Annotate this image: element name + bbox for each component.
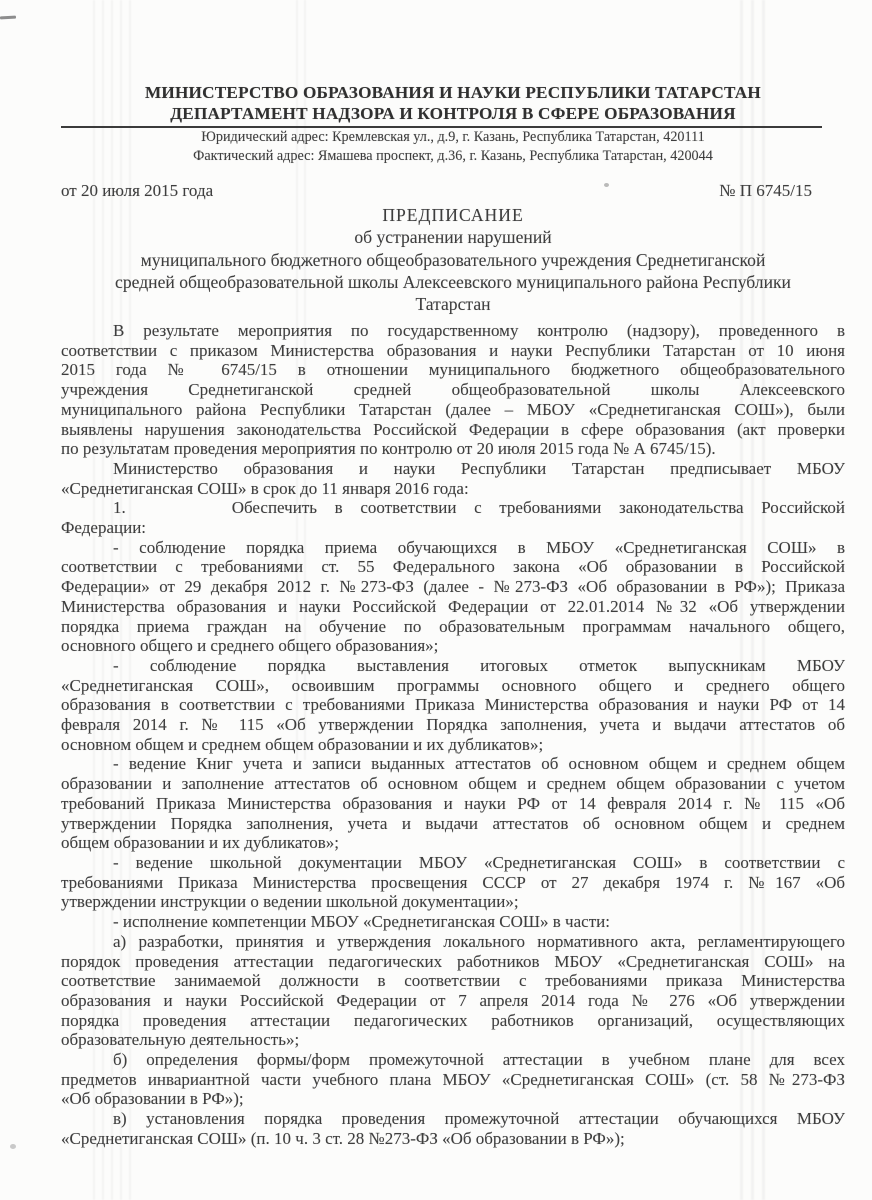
- body-line: а) разработки, принятия и утверждения ло…: [61, 932, 845, 952]
- paragraph: - ведение школьной документации МБОУ «Ср…: [61, 853, 845, 912]
- body-line: утверждении инструкции о ведении школьно…: [61, 892, 845, 912]
- body-line: порядка проведения аттестации педагогиче…: [61, 1011, 845, 1031]
- paragraph: а) разработки, принятия и утверждения ло…: [61, 932, 845, 1050]
- body-line: утверждении Порядка заполнения, учета и …: [61, 814, 845, 834]
- title-line: муниципального бюджетного общеобразовате…: [61, 249, 845, 271]
- body-line: - исполнение компетенции МБОУ «Среднетиг…: [61, 912, 845, 932]
- document-body: В результате мероприятия по государствен…: [61, 321, 845, 1149]
- paragraph: - ведение Книг учета и записи выданных а…: [61, 754, 845, 853]
- ministry-name: МИНИСТЕРСТВО ОБРАЗОВАНИЯ И НАУКИ РЕСПУБЛ…: [61, 82, 845, 103]
- paragraph: б) определения формы/форм промежуточной …: [61, 1050, 845, 1109]
- body-line: - ведение Книг учета и записи выданных а…: [61, 754, 845, 774]
- body-line: 1. Обеспечить в соответствии с требовани…: [61, 498, 845, 518]
- paragraph: 1. Обеспечить в соответствии с требовани…: [61, 498, 845, 537]
- paragraph: - соблюдение порядка приема обучающихся …: [61, 538, 845, 656]
- scan-mark-top-left: [0, 16, 16, 20]
- body-line: образования и науки Российской Федерации…: [61, 991, 845, 1011]
- body-line: - соблюдение порядка приема обучающихся …: [61, 538, 845, 558]
- title-line: ПРЕДПИСАНИЕ: [61, 204, 845, 226]
- department-name: ДЕПАРТАМЕНТ НАДЗОРА И КОНТРОЛЯ В СФЕРЕ О…: [61, 103, 845, 124]
- body-line: «Среднетиганская СОШ», освоившим програм…: [61, 676, 845, 696]
- document-content: МИНИСТЕРСТВО ОБРАЗОВАНИЯ И НАУКИ РЕСПУБЛ…: [61, 0, 845, 1200]
- body-line: образовательную деятельность»;: [61, 1030, 845, 1050]
- body-line: Федерации» от 29 декабря 2012 г. №273-ФЗ…: [61, 577, 845, 597]
- body-line: муниципального района Республики Татарст…: [61, 400, 845, 420]
- body-line: соответствии с приказом Министерства обр…: [61, 341, 845, 361]
- body-line: «Среднетиганская СОШ» (п. 10 ч. 3 ст. 28…: [61, 1129, 845, 1149]
- body-line: выявлены нарушения законодательства Росс…: [61, 420, 845, 440]
- scan-mark-bottom-left: [10, 1144, 16, 1149]
- document-title: ПРЕДПИСАНИЕоб устранении нарушениймуници…: [61, 204, 845, 315]
- document-date: от 20 июля 2015 года: [61, 181, 213, 201]
- body-line: - ведение школьной документации МБОУ «Ср…: [61, 853, 845, 873]
- title-line: средней общеобразовательной школы Алексе…: [61, 271, 845, 293]
- paragraph: Министерство образования и науки Республ…: [61, 459, 845, 498]
- title-line: об устранении нарушений: [61, 226, 845, 248]
- body-line: «Об образовании в РФ»);: [61, 1089, 845, 1109]
- body-line: порядка приема граждан на обучение по об…: [61, 617, 845, 637]
- body-line: в) установления порядка проведения проме…: [61, 1109, 845, 1129]
- body-line: - соблюдение порядка выставления итоговы…: [61, 656, 845, 676]
- body-line: соответствие занимаемой должности в соот…: [61, 971, 845, 991]
- body-line: предметов инвариантной части учебного пл…: [61, 1070, 845, 1090]
- paragraph: в) установления порядка проведения проме…: [61, 1109, 845, 1148]
- body-line: Федерации:: [61, 518, 845, 538]
- body-line: по результатам проведения мероприятия по…: [61, 439, 845, 459]
- body-line: Министерства образования и науки Российс…: [61, 597, 845, 617]
- body-line: порядок проведения аттестации педагогиче…: [61, 952, 845, 972]
- body-line: образовании и заполнение аттестатов об о…: [61, 774, 845, 794]
- body-line: б) определения формы/форм промежуточной …: [61, 1050, 845, 1070]
- title-line: Татарстан: [61, 293, 845, 315]
- body-line: 2015 года № 6745/15 в отношении муниципа…: [61, 360, 845, 380]
- paragraph: - исполнение компетенции МБОУ «Среднетиг…: [61, 912, 845, 932]
- body-line: требованиями Приказа Министерства просве…: [61, 873, 845, 893]
- body-line: основном общем и среднем общем образован…: [61, 735, 845, 755]
- body-line: «Среднетиганская СОШ» в срок до 11 январ…: [61, 479, 845, 499]
- letterhead: МИНИСТЕРСТВО ОБРАЗОВАНИЯ И НАУКИ РЕСПУБЛ…: [61, 82, 845, 165]
- actual-address: Фактический адрес: Ямашева проспект, д.3…: [61, 147, 845, 166]
- body-line: Министерство образования и науки Республ…: [61, 459, 845, 479]
- document-number: № П 6745/15: [719, 181, 812, 201]
- paragraph: - соблюдение порядка выставления итоговы…: [61, 656, 845, 755]
- body-line: февраля 2014 г. № 115 «Об утверждении По…: [61, 715, 845, 735]
- body-line: учреждения Среднетиганской средней общео…: [61, 380, 845, 400]
- legal-address: Юридический адрес: Кремлевская ул., д.9,…: [61, 128, 845, 147]
- body-line: соответствии с требованиями ст. 55 Федер…: [61, 557, 845, 577]
- body-line: образования в соответствии с требованиям…: [61, 695, 845, 715]
- document-meta-row: от 20 июля 2015 года № П 6745/15: [61, 181, 845, 201]
- paragraph: В результате мероприятия по государствен…: [61, 321, 845, 459]
- body-line: общем образовании и их дубликатов»;: [61, 833, 845, 853]
- scanned-document-page: МИНИСТЕРСТВО ОБРАЗОВАНИЯ И НАУКИ РЕСПУБЛ…: [0, 0, 872, 1200]
- body-line: В результате мероприятия по государствен…: [61, 321, 845, 341]
- body-line: требований Приказа Министерства образова…: [61, 794, 845, 814]
- body-line: основного общего и среднего общего образ…: [61, 636, 845, 656]
